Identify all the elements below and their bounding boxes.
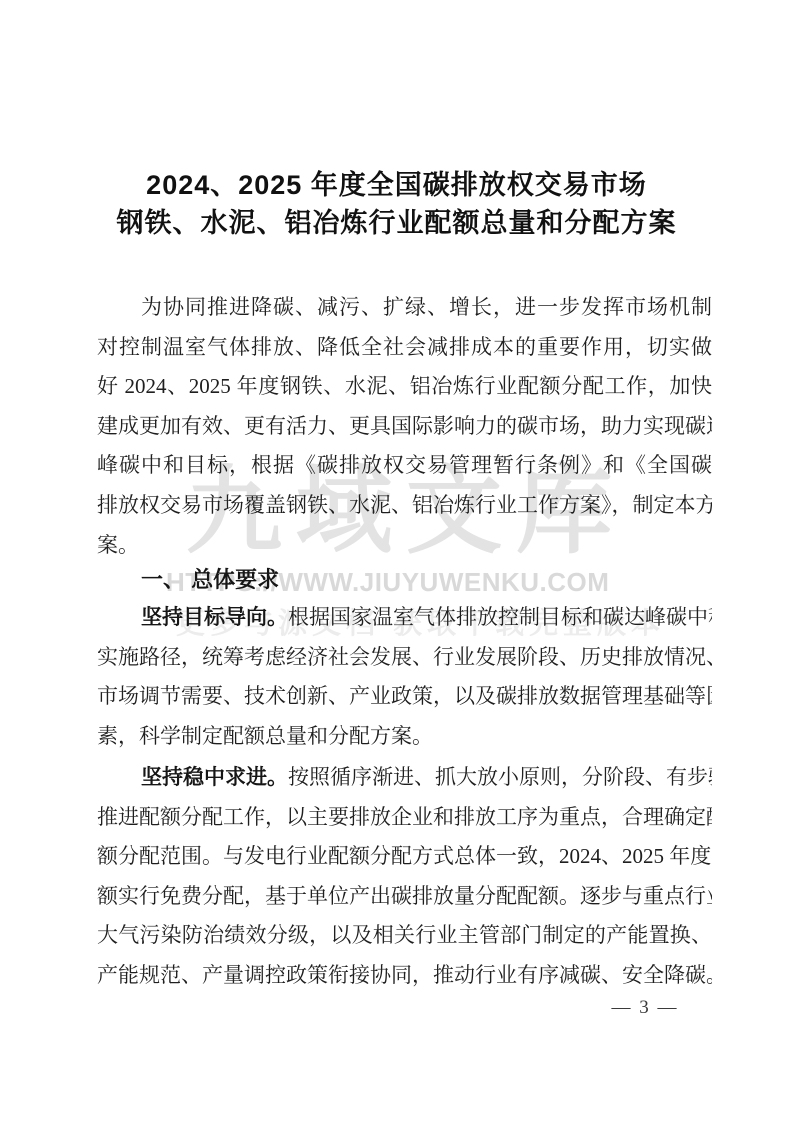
- paragraph-line: 坚持目标导向。根据国家温室气体排放控制目标和碳达峰碳中和: [97, 598, 712, 638]
- paragraph-line: 坚持稳中求进。按照循序渐进、抓大放小原则，分阶段、有步骤: [97, 758, 712, 798]
- section-heading-overall-requirements: 一、 总体要求: [97, 560, 712, 600]
- page-number: — 3 —: [595, 993, 695, 1023]
- paragraph-goal-orientation: 坚持目标导向。根据国家温室气体排放控制目标和碳达峰碳中和 实施路径，统筹考虑经济…: [97, 598, 712, 756]
- paragraph-line: 大气污染防治绩效分级，以及相关行业主管部门制定的产能置换、: [97, 916, 712, 956]
- paragraph-line: 额实行免费分配，基于单位产出碳排放量分配配额。逐步与重点行业: [97, 877, 712, 917]
- paragraph-intro: 为协同推进降碳、减污、扩绿、增长，进一步发挥市场机制 对控制温室气体排放、降低全…: [97, 288, 712, 565]
- document-page: 九域文库 HTTPS://WWW.JIUYUWENKU.COM 更多与源文档 获…: [0, 0, 793, 1122]
- paragraph-lead-bold: 坚持目标导向。: [141, 606, 288, 629]
- paragraph-line: 对控制温室气体排放、降低全社会减排成本的重要作用，切实做: [97, 328, 712, 368]
- paragraph-line-text: 按照循序渐进、抓大放小原则，分阶段、有步骤: [288, 765, 712, 789]
- paragraph-line: 推进配额分配工作，以主要排放企业和排放工序为重点，合理确定配: [97, 798, 712, 838]
- paragraph-lead-bold: 坚持稳中求进。: [141, 766, 288, 789]
- paragraph-line: 好 2024、2025 年度钢铁、水泥、铝冶炼行业配额分配工作，加快: [97, 367, 712, 407]
- document-title-line1: 2024、2025 年度全国碳排放权交易市场: [0, 166, 793, 204]
- paragraph-line: 实施路径，统筹考虑经济社会发展、行业发展阶段、历史排放情况、: [97, 638, 712, 678]
- paragraph-line: 为协同推进降碳、减污、扩绿、增长，进一步发挥市场机制: [97, 288, 712, 328]
- paragraph-line: 排放权交易市场覆盖钢铁、水泥、铝冶炼行业工作方案》，制定本方: [97, 486, 712, 526]
- paragraph-line-text: 根据国家温室气体排放控制目标和碳达峰碳中和: [288, 605, 712, 629]
- paragraph-steady-progress: 坚持稳中求进。按照循序渐进、抓大放小原则，分阶段、有步骤 推进配额分配工作，以主…: [97, 758, 712, 995]
- content-layer: 2024、2025 年度全国碳排放权交易市场 钢铁、水泥、铝冶炼行业配额总量和分…: [0, 0, 793, 1122]
- paragraph-line: 峰碳中和目标，根据《碳排放权交易管理暂行条例》和《全国碳: [97, 446, 712, 486]
- paragraph-line: 额分配范围。与发电行业配额分配方式总体一致，2024、2025 年度配: [97, 837, 712, 877]
- paragraph-line: 市场调节需要、技术创新、产业政策，以及碳排放数据管理基础等因: [97, 677, 712, 717]
- document-title-line2: 钢铁、水泥、铝冶炼行业配额总量和分配方案: [0, 204, 793, 242]
- paragraph-line: 建成更加有效、更有活力、更具国际影响力的碳市场，助力实现碳达: [97, 407, 712, 447]
- paragraph-line: 产能规范、产量调控政策衔接协同，推动行业有序减碳、安全降碳。: [97, 956, 712, 996]
- document-title: 2024、2025 年度全国碳排放权交易市场 钢铁、水泥、铝冶炼行业配额总量和分…: [0, 166, 793, 242]
- paragraph-line: 素，科学制定配额总量和分配方案。: [97, 717, 712, 757]
